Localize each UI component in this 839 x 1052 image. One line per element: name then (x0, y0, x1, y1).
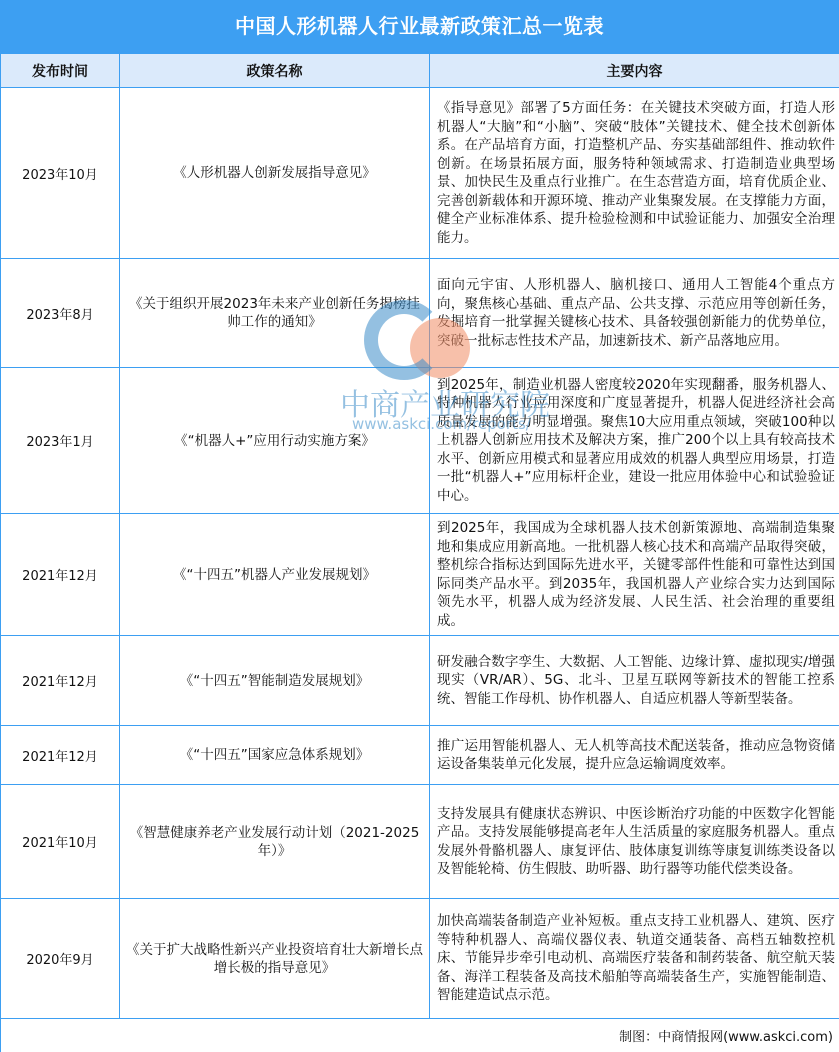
row-policy-name: 《人形机器人创新发展指导意见》 (120, 88, 430, 259)
row-policy-name: 《关于组织开展2023年未来产业创新任务揭榜挂帅工作的通知》 (120, 259, 430, 368)
row-policy-name: 《“机器人+”应用行动实施方案》 (120, 368, 430, 514)
table-row: 2020年9月 《关于扩大战略性新兴产业投资培育壮大新增长点增长极的指导意见》 … (1, 899, 839, 1019)
row-content: 《指导意见》部署了5方面任务：在关键技术突破方面，打造人形机器人“大脑”和“小脑… (430, 88, 839, 259)
table-row: 2023年8月 《关于组织开展2023年未来产业创新任务揭榜挂帅工作的通知》 面… (1, 259, 839, 368)
row-content: 到2025年，制造业机器人密度较2020年实现翻番，服务机器人、特种机器人行业应… (430, 368, 839, 514)
table-row: 2023年10月 《人形机器人创新发展指导意见》 《指导意见》部署了5方面任务：… (1, 88, 839, 259)
table-header-row: 发布时间 政策名称 主要内容 (1, 54, 839, 88)
row-content: 加快高端装备制造产业补短板。重点支持工业机器人、建筑、医疗等特种机器人、高端仪器… (430, 899, 839, 1019)
row-content: 研发融合数字孪生、大数据、人工智能、边缘计算、虚拟现实/增强现实（VR/AR）、… (430, 636, 839, 726)
table-row: 2021年10月 《智慧健康养老产业发展行动计划（2021-2025年）》 支持… (1, 785, 839, 899)
row-policy-name: 《关于扩大战略性新兴产业投资培育壮大新增长点增长极的指导意见》 (120, 899, 430, 1019)
table-row: 2021年12月 《“十四五”智能制造发展规划》 研发融合数字孪生、大数据、人工… (1, 636, 839, 726)
row-date: 2023年1月 (1, 368, 120, 514)
row-content: 面向元宇宙、人形机器人、脑机接口、通用人工智能4个重点方向，聚焦核心基础、重点产… (430, 259, 839, 368)
page-title: 中国人形机器人行业最新政策汇总一览表 (0, 0, 839, 53)
policy-table: 发布时间 政策名称 主要内容 2023年10月 《人形机器人创新发展指导意见》 … (0, 53, 839, 1052)
row-date: 2020年9月 (1, 899, 120, 1019)
header-policy-name: 政策名称 (120, 54, 430, 88)
row-date: 2021年12月 (1, 514, 120, 636)
header-content: 主要内容 (430, 54, 839, 88)
row-date: 2021年12月 (1, 726, 120, 785)
row-policy-name: 《“十四五”国家应急体系规划》 (120, 726, 430, 785)
row-content: 推广运用智能机器人、无人机等高技术配送装备，推动应急物资储运设备集装单元化发展，… (430, 726, 839, 785)
row-policy-name: 《“十四五”智能制造发展规划》 (120, 636, 430, 726)
header-date: 发布时间 (1, 54, 120, 88)
row-date: 2023年10月 (1, 88, 120, 259)
row-content: 支持发展具有健康状态辨识、中医诊断治疗功能的中医数字化智能产品。支持发展能够提高… (430, 785, 839, 899)
row-policy-name: 《智慧健康养老产业发展行动计划（2021-2025年）》 (120, 785, 430, 899)
table-row: 2023年1月 《“机器人+”应用行动实施方案》 到2025年，制造业机器人密度… (1, 368, 839, 514)
row-content: 到2025年，我国成为全球机器人技术创新策源地、高端制造集聚地和集成应用新高地。… (430, 514, 839, 636)
table-row: 2021年12月 《“十四五”机器人产业发展规划》 到2025年，我国成为全球机… (1, 514, 839, 636)
table-row: 2021年12月 《“十四五”国家应急体系规划》 推广运用智能机器人、无人机等高… (1, 726, 839, 785)
row-policy-name: 《“十四五”机器人产业发展规划》 (120, 514, 430, 636)
row-date: 2021年10月 (1, 785, 120, 899)
row-date: 2023年8月 (1, 259, 120, 368)
table-footer-row: 制图：中商情报网(www.askci.com) (1, 1019, 839, 1052)
row-date: 2021年12月 (1, 636, 120, 726)
source-credit: 制图：中商情报网(www.askci.com) (1, 1019, 839, 1052)
